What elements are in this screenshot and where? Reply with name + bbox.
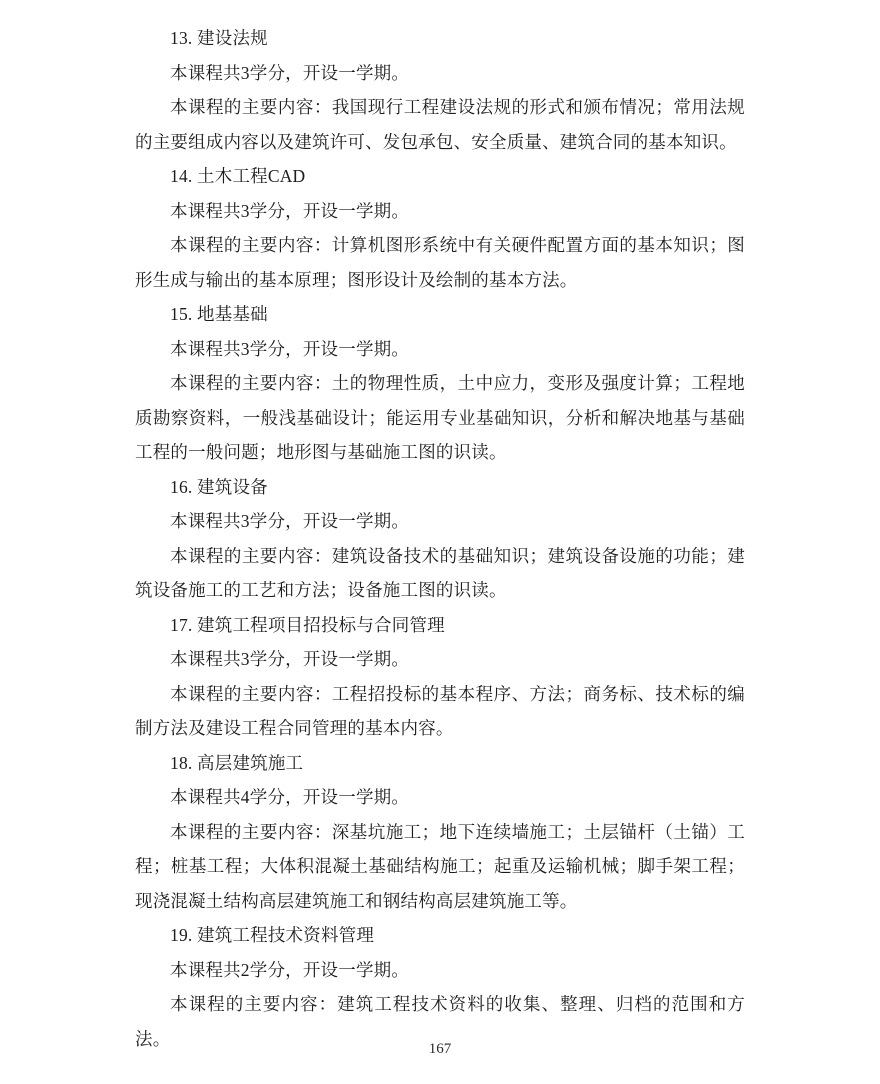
course-credits: 本课程共2学分，开设一学期。: [135, 953, 745, 988]
course-credits: 本课程共3学分，开设一学期。: [135, 504, 745, 539]
page-number: 167: [0, 1039, 880, 1059]
course-section-18: 18. 高层建筑施工 本课程共4学分，开设一学期。 本课程的主要内容：深基坑施工…: [135, 746, 745, 919]
course-title: 15. 地基基础: [135, 297, 745, 332]
course-credits: 本课程共4学分，开设一学期。: [135, 780, 745, 815]
course-credits: 本课程共3学分，开设一学期。: [135, 56, 745, 91]
course-section-13: 13. 建设法规 本课程共3学分，开设一学期。 本课程的主要内容：我国现行工程建…: [135, 21, 745, 159]
course-title: 13. 建设法规: [135, 21, 745, 56]
course-content: 本课程的主要内容：建筑设备技术的基础知识；建筑设备设施的功能；建筑设备施工的工艺…: [135, 539, 745, 608]
course-content: 本课程的主要内容：土的物理性质，土中应力，变形及强度计算；工程地质勘察资料，一般…: [135, 366, 745, 470]
course-section-16: 16. 建筑设备 本课程共3学分，开设一学期。 本课程的主要内容：建筑设备技术的…: [135, 470, 745, 608]
course-credits: 本课程共3学分，开设一学期。: [135, 332, 745, 367]
course-section-14: 14. 土木工程CAD 本课程共3学分，开设一学期。 本课程的主要内容：计算机图…: [135, 159, 745, 297]
course-section-17: 17. 建筑工程项目招投标与合同管理 本课程共3学分，开设一学期。 本课程的主要…: [135, 608, 745, 746]
course-title: 17. 建筑工程项目招投标与合同管理: [135, 608, 745, 643]
course-section-15: 15. 地基基础 本课程共3学分，开设一学期。 本课程的主要内容：土的物理性质，…: [135, 297, 745, 470]
course-content: 本课程的主要内容：计算机图形系统中有关硬件配置方面的基本知识；图形生成与输出的基…: [135, 228, 745, 297]
course-content: 本课程的主要内容：工程招投标的基本程序、方法；商务标、技术标的编制方法及建设工程…: [135, 677, 745, 746]
course-content: 本课程的主要内容：我国现行工程建设法规的形式和颁布情况；常用法规的主要组成内容以…: [135, 90, 745, 159]
course-credits: 本课程共3学分，开设一学期。: [135, 194, 745, 229]
course-title: 19. 建筑工程技术资料管理: [135, 918, 745, 953]
course-title: 18. 高层建筑施工: [135, 746, 745, 781]
course-section-19: 19. 建筑工程技术资料管理 本课程共2学分，开设一学期。 本课程的主要内容：建…: [135, 918, 745, 1056]
document-page: 13. 建设法规 本课程共3学分，开设一学期。 本课程的主要内容：我国现行工程建…: [0, 0, 880, 1084]
course-title: 14. 土木工程CAD: [135, 159, 745, 194]
document-body: 13. 建设法规 本课程共3学分，开设一学期。 本课程的主要内容：我国现行工程建…: [135, 21, 745, 1056]
course-title: 16. 建筑设备: [135, 470, 745, 505]
course-content: 本课程的主要内容：深基坑施工；地下连续墙施工；土层锚杆（土锚）工程；桩基工程；大…: [135, 815, 745, 919]
course-credits: 本课程共3学分，开设一学期。: [135, 642, 745, 677]
